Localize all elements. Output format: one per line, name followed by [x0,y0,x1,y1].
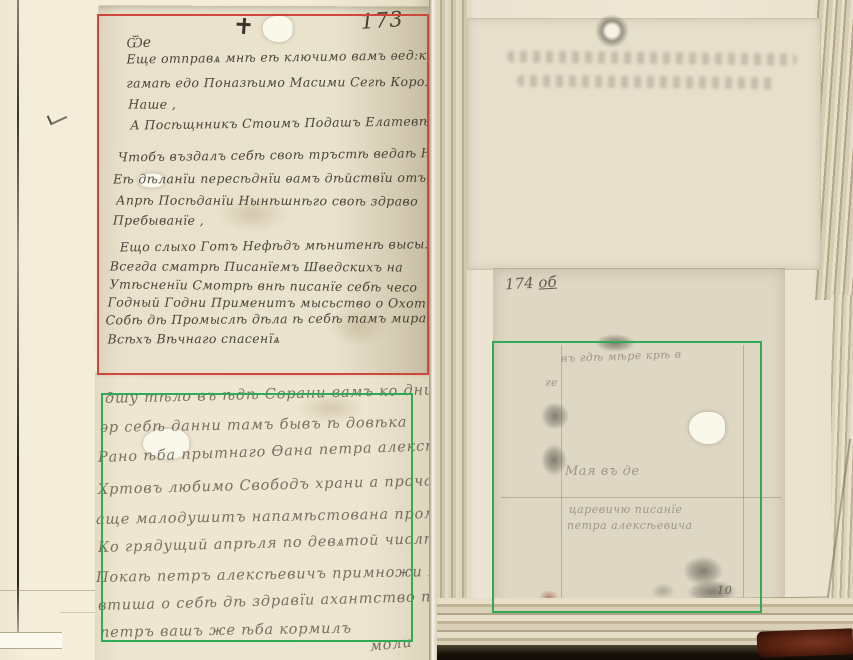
folio-suffix: об [538,273,557,292]
green-annotation-box-left[interactable] [101,393,413,642]
red-annotation-box[interactable] [97,14,429,375]
paper-hole [595,14,629,48]
right-page-edge-stack [831,295,853,625]
folio-number-174ob: 174 об [505,273,557,294]
bottom-left-page-edge [0,632,62,649]
book-cover-corner [757,628,853,657]
book-gutter [429,0,437,660]
paper-fiber-mark [47,109,68,126]
scanned-manuscript-spread: 173 Ѿе Еще отправѧ мнѣ еѣ ключимо вамъ ѳ… [0,0,853,660]
left-page-fold-edge [17,0,19,634]
green-annotation-box-right[interactable] [492,341,762,613]
binding-page-edges [437,0,471,655]
folio-number: 174 [505,274,535,293]
